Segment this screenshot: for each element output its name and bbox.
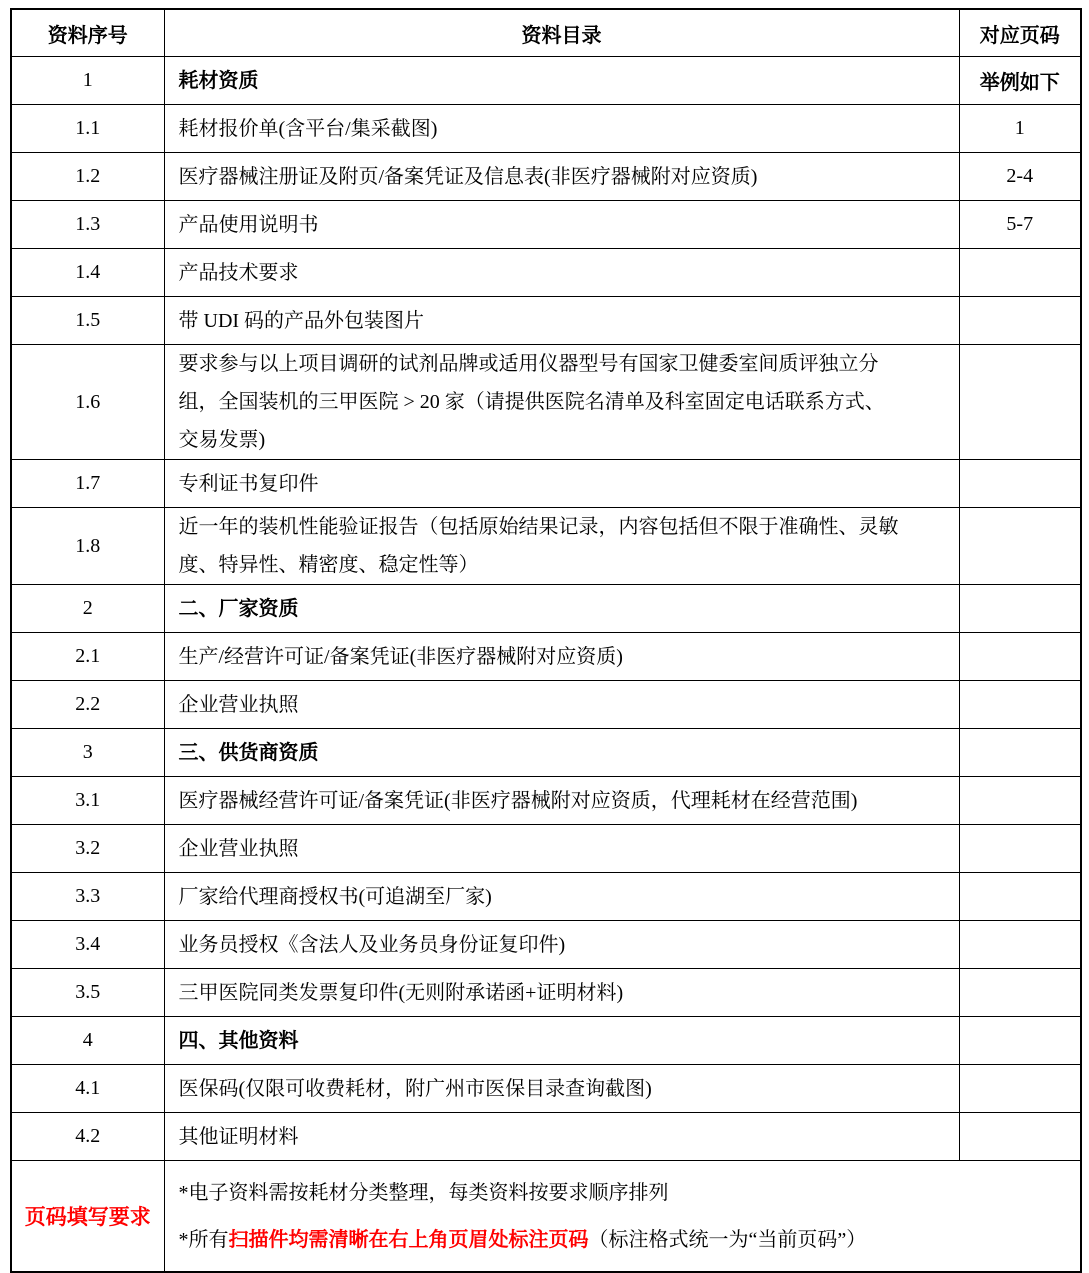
serial-cell: 3.1 [11,777,164,825]
table-row: 4.2 其他证明材料 [11,1113,1081,1161]
serial-cell: 1.4 [11,249,164,297]
content-cell: 医疗器械注册证及附页/备案凭证及信息表(非医疗器械附对应资质) [164,153,959,201]
page-cell [959,460,1081,508]
footer-note-2-prefix: *所有 [179,1229,229,1251]
table-row: 3.1 医疗器械经营许可证/备案凭证(非医疗器械附对应资质，代理耗材在经营范围) [11,777,1081,825]
content-cell: 专利证书复印件 [164,460,959,508]
serial-cell: 1.5 [11,297,164,345]
content-cell: 企业营业执照 [164,681,959,729]
serial-cell: 4 [11,1017,164,1065]
table-row: 3 三、供货商资质 [11,729,1081,777]
content-cell: 要求参与以上项目调研的试剂品牌或适用仪器型号有国家卫健委室间质评独立分 组，全国… [164,345,959,460]
content-cell: 耗材资质 [164,57,959,105]
content-cell: 产品技术要求 [164,249,959,297]
table-row: 1.1 耗材报价单(含平台/集采截图) 1 [11,105,1081,153]
footer-note-2-highlight: 扫描件均需清晰在右上角页眉处标注页码 [229,1229,589,1251]
page-cell: 2-4 [959,153,1081,201]
page-cell [959,921,1081,969]
table-row: 1.5 带 UDI 码的产品外包装图片 [11,297,1081,345]
serial-cell: 1.6 [11,345,164,460]
table-row: 1.8 近一年的装机性能验证报告（包括原始结果记录，内容包括但不限于准确性、灵敏… [11,508,1081,585]
serial-cell: 1.7 [11,460,164,508]
content-cell: 带 UDI 码的产品外包装图片 [164,297,959,345]
content-cell: 企业营业执照 [164,825,959,873]
header-catalog: 资料目录 [164,9,959,57]
serial-cell: 1.8 [11,508,164,585]
serial-cell: 1.3 [11,201,164,249]
serial-cell: 4.2 [11,1113,164,1161]
table-row: 3.5 三甲医院同类发票复印件(无则附承诺函+证明材料) [11,969,1081,1017]
table-row: 3.4 业务员授权《含法人及业务员身份证复印件) [11,921,1081,969]
header-page-number: 对应页码 [959,9,1081,57]
page-cell [959,1113,1081,1161]
header-serial-number: 资料序号 [11,9,164,57]
page-cell [959,1017,1081,1065]
page-cell: 举例如下 [959,57,1081,105]
page-cell [959,873,1081,921]
footer-row: 页码填写要求 *电子资料需按耗材分类整理，每类资料按要求顺序排列 *所有扫描件均… [11,1161,1081,1273]
content-cell: 其他证明材料 [164,1113,959,1161]
page-cell [959,585,1081,633]
page-cell: 5-7 [959,201,1081,249]
page-cell: 1 [959,105,1081,153]
footer-note-2-suffix: （标注格式统一为“当前页码”） [589,1229,867,1251]
serial-cell: 3 [11,729,164,777]
page-cell [959,345,1081,460]
footer-note-1: *电子资料需按耗材分类整理，每类资料按要求顺序排列 [179,1174,1067,1212]
page-cell [959,969,1081,1017]
serial-cell: 2 [11,585,164,633]
serial-cell: 1.1 [11,105,164,153]
serial-cell: 3.5 [11,969,164,1017]
page-cell [959,508,1081,585]
table-row: 1.2 医疗器械注册证及附页/备案凭证及信息表(非医疗器械附对应资质) 2-4 [11,153,1081,201]
content-cell: 耗材报价单(含平台/集采截图) [164,105,959,153]
table-row: 2.1 生产/经营许可证/备案凭证(非医疗器械附对应资质) [11,633,1081,681]
page-cell [959,825,1081,873]
content-cell: 医保码(仅限可收费耗材，附广州市医保目录查询截图) [164,1065,959,1113]
page-cell [959,777,1081,825]
content-cell: 生产/经营许可证/备案凭证(非医疗器械附对应资质) [164,633,959,681]
table-row: 2.2 企业营业执照 [11,681,1081,729]
content-cell: 业务员授权《含法人及业务员身份证复印件) [164,921,959,969]
table-row: 1.6 要求参与以上项目调研的试剂品牌或适用仪器型号有国家卫健委室间质评独立分 … [11,345,1081,460]
table-row: 1.4 产品技术要求 [11,249,1081,297]
serial-cell: 1.2 [11,153,164,201]
page-cell [959,1065,1081,1113]
serial-cell: 4.1 [11,1065,164,1113]
serial-cell: 1 [11,57,164,105]
page-cell [959,681,1081,729]
page-cell [959,249,1081,297]
footer-note-2: *所有扫描件均需清晰在右上角页眉处标注页码（标注格式统一为“当前页码”） [179,1221,1067,1259]
table-row: 3.2 企业营业执照 [11,825,1081,873]
content-cell: 医疗器械经营许可证/备案凭证(非医疗器械附对应资质，代理耗材在经营范围) [164,777,959,825]
footer-label: 页码填写要求 [11,1161,164,1273]
serial-cell: 3.4 [11,921,164,969]
content-cell: 二、厂家资质 [164,585,959,633]
content-cell: 产品使用说明书 [164,201,959,249]
content-cell: 厂家给代理商授权书(可追湖至厂家) [164,873,959,921]
content-cell: 四、其他资料 [164,1017,959,1065]
table-row: 4 四、其他资料 [11,1017,1081,1065]
serial-cell: 3.2 [11,825,164,873]
content-cell: 三、供货商资质 [164,729,959,777]
page-cell [959,633,1081,681]
table-row: 3.3 厂家给代理商授权书(可追湖至厂家) [11,873,1081,921]
content-cell: 近一年的装机性能验证报告（包括原始结果记录，内容包括但不限于准确性、灵敏 度、特… [164,508,959,585]
table-row: 2 二、厂家资质 [11,585,1081,633]
serial-cell: 2.2 [11,681,164,729]
content-cell: 三甲医院同类发票复印件(无则附承诺函+证明材料) [164,969,959,1017]
table-row: 1 耗材资质 举例如下 [11,57,1081,105]
serial-cell: 2.1 [11,633,164,681]
page-cell [959,729,1081,777]
header-row: 资料序号 资料目录 对应页码 [11,9,1081,57]
serial-cell: 3.3 [11,873,164,921]
table-row: 1.3 产品使用说明书 5-7 [11,201,1081,249]
page-cell [959,297,1081,345]
table-row: 1.7 专利证书复印件 [11,460,1081,508]
table-row: 4.1 医保码(仅限可收费耗材，附广州市医保目录查询截图) [11,1065,1081,1113]
materials-checklist-table: 资料序号 资料目录 对应页码 1 耗材资质 举例如下 1.1 耗材报价单(含平台… [10,8,1082,1273]
footer-notes-cell: *电子资料需按耗材分类整理，每类资料按要求顺序排列 *所有扫描件均需清晰在右上角… [164,1161,1081,1273]
